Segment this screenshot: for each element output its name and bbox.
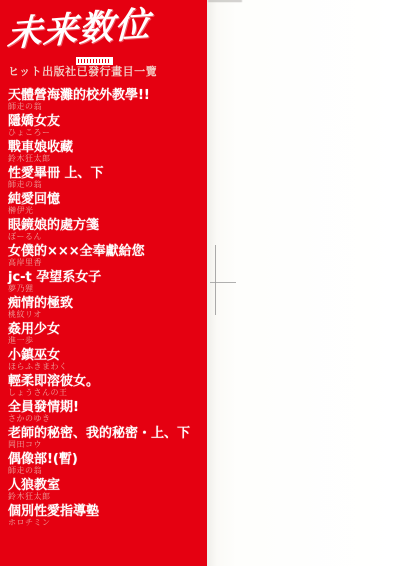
book-author: 夢乃狸 <box>8 285 204 293</box>
book-author: さかのゆき <box>8 415 204 423</box>
catalog-item: 姦用少女 進一歩 <box>8 322 204 345</box>
book-title: 人狼教室 <box>8 478 204 493</box>
book-author: 岡田コウ <box>8 441 204 449</box>
book-author: 高岸里香 <box>8 259 204 267</box>
page-white-margin <box>207 0 400 566</box>
book-title: 全員發情期! <box>8 400 204 415</box>
book-title: 純愛回憶 <box>8 192 204 207</box>
book-title: 隱嬌女友 <box>8 114 204 129</box>
registration-mark-vertical <box>215 245 216 315</box>
scanned-catalog-page: 未来数位 ヒット出版社已發行畫目一覽 天體營海灘的校外教學!! 師走の翁 隱嬌女… <box>0 0 400 566</box>
book-author: ひょころー <box>8 129 204 137</box>
book-author: 鈴木狂太郎 <box>8 155 204 163</box>
book-author: 鈴木狂太郎 <box>8 493 204 501</box>
scan-artifact-top <box>208 0 242 2</box>
catalog-item: 痴情的極致 桃紋リオ <box>8 296 204 319</box>
catalog-item: 戰車娘收藏 鈴木狂太郎 <box>8 140 204 163</box>
book-author: 師走の翁 <box>8 467 204 475</box>
catalog-item: 輕柔即溶彼女。 しょうさんの王 <box>8 374 204 397</box>
registration-mark-horizontal <box>210 282 236 283</box>
book-title: 輕柔即溶彼女。 <box>8 374 204 389</box>
book-author: 桃紋リオ <box>8 311 204 319</box>
publisher-logo-text: 未来数位 <box>6 0 197 60</box>
catalog-item: 全員發情期! さかのゆき <box>8 400 204 423</box>
publisher-logo: 未来数位 <box>6 10 196 62</box>
book-title: 痴情的極致 <box>8 296 204 311</box>
catalog-item: 老師的秘密、我的秘密・上、下 岡田コウ <box>8 426 204 449</box>
book-author: しょうさんの王 <box>8 389 204 397</box>
book-author: 榊伊光 <box>8 207 204 215</box>
catalog-item: 隱嬌女友 ひょころー <box>8 114 204 137</box>
book-author: ぼーるん <box>8 233 204 241</box>
book-title: 女僕的×××全奉獻給您 <box>8 244 204 259</box>
book-title: 眼鏡娘的處方箋 <box>8 218 204 233</box>
catalog-heading: ヒット出版社已發行畫目一覽 <box>8 63 203 79</box>
book-title: 小鎮巫女 <box>8 348 204 363</box>
book-author: ほらふきまわく <box>8 363 204 371</box>
book-title: 偶像部!(暫) <box>8 452 204 467</box>
book-title: 天體營海灘的校外教學!! <box>8 88 204 103</box>
book-title: 性愛畢冊 上、下 <box>8 166 204 181</box>
book-title: 姦用少女 <box>8 322 204 337</box>
book-author: 師走の翁 <box>8 181 204 189</box>
catalog-item: jc-t 孕望系女子 夢乃狸 <box>8 270 204 293</box>
catalog-item: 純愛回憶 榊伊光 <box>8 192 204 215</box>
catalog-item: 天體營海灘的校外教學!! 師走の翁 <box>8 88 204 111</box>
catalog-item: 性愛畢冊 上、下 師走の翁 <box>8 166 204 189</box>
catalog-item: 小鎮巫女 ほらふきまわく <box>8 348 204 371</box>
book-author: 師走の翁 <box>8 103 204 111</box>
catalog-item: 個別性愛指導塾 ホロチミン <box>8 504 204 527</box>
book-author: ホロチミン <box>8 519 204 527</box>
book-title: 個別性愛指導塾 <box>8 504 204 519</box>
catalog-item: 人狼教室 鈴木狂太郎 <box>8 478 204 501</box>
book-author: 進一歩 <box>8 337 204 345</box>
book-title: 老師的秘密、我的秘密・上、下 <box>8 426 204 441</box>
catalog-item: 偶像部!(暫) 師走の翁 <box>8 452 204 475</box>
catalog-item: 女僕的×××全奉獻給您 高岸里香 <box>8 244 204 267</box>
catalog-item: 眼鏡娘的處方箋 ぼーるん <box>8 218 204 241</box>
book-title: 戰車娘收藏 <box>8 140 204 155</box>
catalog-list: 天體營海灘的校外教學!! 師走の翁 隱嬌女友 ひょころー 戰車娘收藏 鈴木狂太郎… <box>8 88 204 530</box>
book-title: jc-t 孕望系女子 <box>8 270 204 285</box>
